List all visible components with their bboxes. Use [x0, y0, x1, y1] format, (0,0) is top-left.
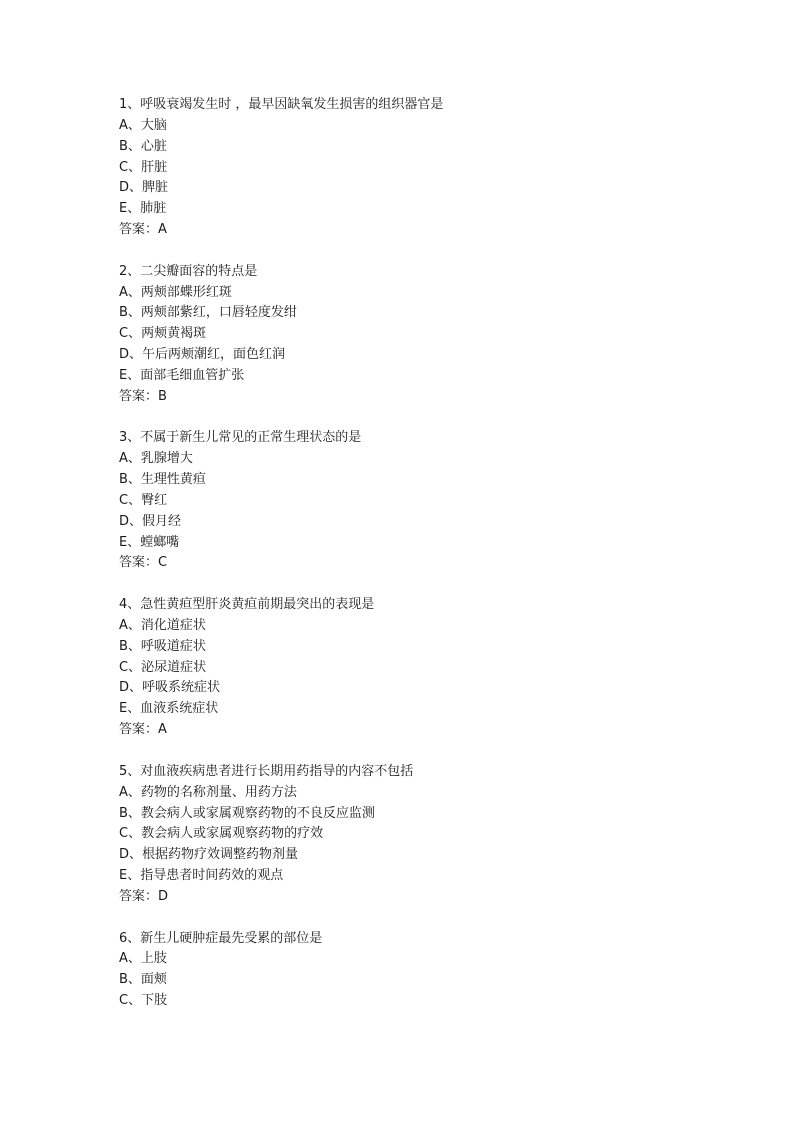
option-b: B、呼吸道症状: [119, 637, 719, 658]
answer: 答案：C: [119, 553, 719, 574]
question-stem: 4、急性黄疸型肝炎黄疸前期最突出的表现是: [119, 595, 719, 616]
option-c: C、泌尿道症状: [119, 658, 719, 679]
question-stem: 1、呼吸衰竭发生时 ，最早因缺氧发生损害的组织器官是: [119, 95, 719, 116]
option-e: E、螳螂嘴: [119, 533, 719, 554]
option-a: A、乳腺增大: [119, 449, 719, 470]
option-a: A、上肢: [119, 949, 719, 970]
option-b: B、面颊: [119, 970, 719, 991]
question-3: 3、不属于新生儿常见的正常生理状态的是 A、乳腺增大 B、生理性黄疸 C、臀红 …: [119, 428, 719, 574]
answer: 答案：A: [119, 720, 719, 741]
option-e: E、面部毛细血管扩张: [119, 366, 719, 387]
answer: 答案：D: [119, 887, 719, 908]
option-d: D、假月经: [119, 512, 719, 533]
question-stem: 3、不属于新生儿常见的正常生理状态的是: [119, 428, 719, 449]
answer: 答案：B: [119, 387, 719, 408]
option-c: C、两颊黄褐斑: [119, 324, 719, 345]
question-stem: 2、二尖瓣面容的特点是: [119, 262, 719, 283]
answer: 答案：A: [119, 220, 719, 241]
question-6: 6、新生儿硬肿症最先受累的部位是 A、上肢 B、面颊 C、下肢: [119, 929, 719, 1012]
option-d: D、根据药物疗效调整药物剂量: [119, 845, 719, 866]
option-a: A、药物的名称剂量、用药方法: [119, 783, 719, 804]
option-c: C、教会病人或家属观察药物的疗效: [119, 824, 719, 845]
question-5: 5、对血液疾病患者进行长期用药指导的内容不包括 A、药物的名称剂量、用药方法 B…: [119, 762, 719, 908]
option-d: D、脾脏: [119, 178, 719, 199]
option-b: B、两颊部紫红，口唇轻度发绀: [119, 303, 719, 324]
option-c: C、下肢: [119, 991, 719, 1012]
question-1: 1、呼吸衰竭发生时 ，最早因缺氧发生损害的组织器官是 A、大脑 B、心脏 C、肝…: [119, 95, 719, 241]
option-c: C、肝脏: [119, 158, 719, 179]
option-e: E、肺脏: [119, 199, 719, 220]
option-b: B、生理性黄疸: [119, 470, 719, 491]
question-2: 2、二尖瓣面容的特点是 A、两颊部蝶形红斑 B、两颊部紫红，口唇轻度发绀 C、两…: [119, 262, 719, 408]
option-a: A、大脑: [119, 116, 719, 137]
option-c: C、臀红: [119, 491, 719, 512]
option-e: E、指导患者时间药效的观点: [119, 866, 719, 887]
option-d: D、午后两颊潮红，面色红润: [119, 345, 719, 366]
option-a: A、两颊部蝶形红斑: [119, 283, 719, 304]
option-e: E、血液系统症状: [119, 699, 719, 720]
option-b: B、教会病人或家属观察药物的不良反应监测: [119, 804, 719, 825]
question-stem: 5、对血液疾病患者进行长期用药指导的内容不包括: [119, 762, 719, 783]
quiz-page: 1、呼吸衰竭发生时 ，最早因缺氧发生损害的组织器官是 A、大脑 B、心脏 C、肝…: [119, 95, 719, 1033]
option-b: B、心脏: [119, 137, 719, 158]
question-stem: 6、新生儿硬肿症最先受累的部位是: [119, 929, 719, 950]
question-4: 4、急性黄疸型肝炎黄疸前期最突出的表现是 A、消化道症状 B、呼吸道症状 C、泌…: [119, 595, 719, 741]
option-d: D、呼吸系统症状: [119, 678, 719, 699]
option-a: A、消化道症状: [119, 616, 719, 637]
